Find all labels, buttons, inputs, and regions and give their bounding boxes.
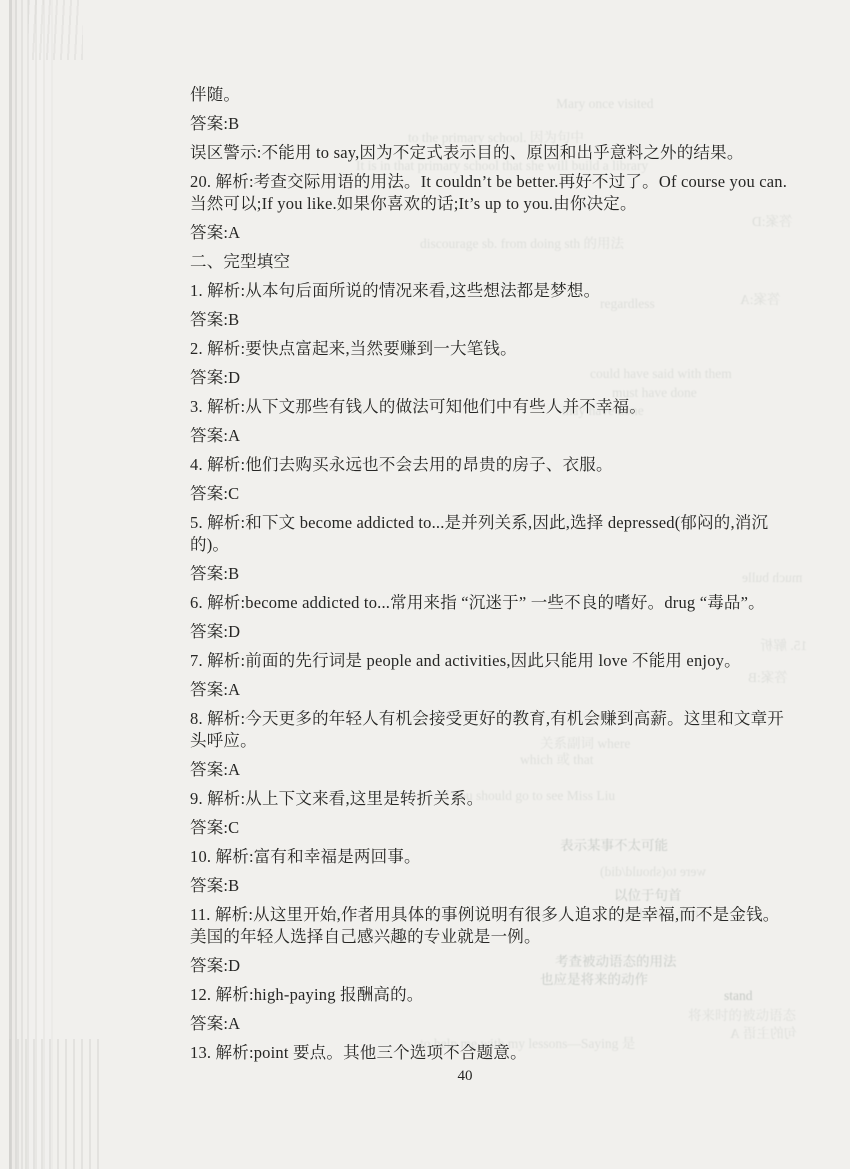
document-content: 伴随。答案:B误区警示:不能用 to say,因为不定式表示目的、原因和出乎意料… [190, 84, 790, 1071]
scanned-page: Mary once visitedto the primary school. … [0, 0, 850, 1169]
document-line-warning: 误区警示:不能用 to say,因为不定式表示目的、原因和出乎意料之外的结果。 [190, 142, 790, 164]
document-line-explanation: 13. 解析:point 要点。其他三个选项不合题意。 [190, 1042, 790, 1064]
document-line-explanation: 10. 解析:富有和幸福是两回事。 [190, 846, 790, 868]
document-line-explanation: 2. 解析:要快点富起来,当然要赚到一大笔钱。 [190, 338, 790, 360]
document-line-answer: 答案:D [190, 621, 790, 643]
document-line-answer: 答案:A [190, 222, 790, 244]
document-line-answer: 答案:A [190, 1013, 790, 1035]
book-binding-edge-top [28, 0, 83, 60]
document-line-explanation: 4. 解析:他们去购买永远也不会去用的昂贵的房子、衣服。 [190, 454, 790, 476]
document-line-answer: 答案:B [190, 309, 790, 331]
document-line-explanation: 5. 解析:和下文 become addicted to...是并列关系,因此,… [190, 512, 790, 556]
document-line-explanation: 1. 解析:从本句后面所说的情况来看,这些想法都是梦想。 [190, 280, 790, 302]
document-line-answer: 答案:D [190, 367, 790, 389]
document-line-answer: 答案:C [190, 483, 790, 505]
document-line-explanation: 8. 解析:今天更多的年轻人有机会接受更好的教育,有机会赚到高薪。这里和文章开头… [190, 708, 790, 752]
document-line-answer: 答案:A [190, 759, 790, 781]
document-line-explanation: 9. 解析:从上下文来看,这里是转折关系。 [190, 788, 790, 810]
book-binding-edge [9, 0, 67, 1169]
book-binding-edge-bottom [9, 1039, 104, 1169]
document-line-answer: 答案:A [190, 425, 790, 447]
document-line-explanation: 11. 解析:从这里开始,作者用具体的事例说明有很多人追求的是幸福,而不是金钱。… [190, 904, 790, 948]
document-line-answer: 答案:A [190, 679, 790, 701]
document-line-explanation: 7. 解析:前面的先行词是 people and activities,因此只能… [190, 650, 790, 672]
document-line-explanation: 20. 解析:考查交际用语的用法。It couldn’t be better.再… [190, 171, 790, 215]
document-line-answer: 答案:C [190, 817, 790, 839]
document-line-answer: 答案:B [190, 563, 790, 585]
document-line-answer: 答案:B [190, 113, 790, 135]
document-line-body: 伴随。 [190, 84, 790, 106]
document-line-explanation: 12. 解析:high-paying 报酬高的。 [190, 984, 790, 1006]
document-line-section: 二、完型填空 [190, 251, 790, 273]
document-line-explanation: 3. 解析:从下文那些有钱人的做法可知他们中有些人并不幸福。 [190, 396, 790, 418]
document-line-answer: 答案:D [190, 955, 790, 977]
page-number: 40 [190, 1068, 740, 1085]
document-line-answer: 答案:B [190, 875, 790, 897]
document-line-explanation: 6. 解析:become addicted to...常用来指 “沉迷于” 一些… [190, 592, 790, 614]
